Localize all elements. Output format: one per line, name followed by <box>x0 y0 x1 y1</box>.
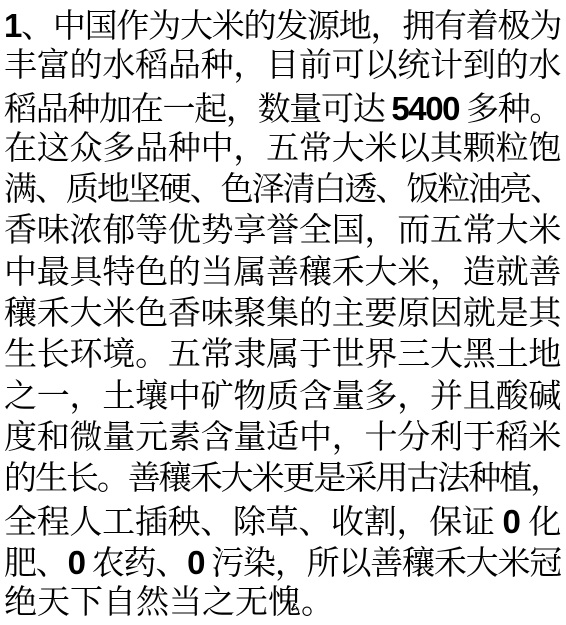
document-text: 1、中国作为大米的发源地，拥有着极为丰富的水稻品种，目前可以统计到的水稻品种加在… <box>0 0 566 624</box>
text-run: 中最具特色的当属善穰禾大米，造就善 <box>4 255 561 291</box>
text-run: 肥、 <box>4 546 68 582</box>
text-run: 在这众多品种中，五常大米以其颗粒饱 <box>4 131 561 167</box>
text-run: 污染，所以善穰禾大米冠 <box>204 546 561 582</box>
bold-number: 1 <box>4 7 21 44</box>
bold-number: 0 <box>187 544 204 581</box>
text-run: 多种。 <box>459 92 561 128</box>
text-line: 1、中国作为大米的发源地，拥有着极为 <box>4 5 561 46</box>
text-line: 全程人工插秧、除草、收割，保证 0 化 <box>4 501 561 542</box>
text-line: 满、质地坚硬、色泽清白透、饭粒油亮、 <box>4 170 561 211</box>
bold-number: 0 <box>68 544 85 581</box>
text-run: 化 <box>520 505 561 541</box>
text-run: 全程人工插秧、除草、收割，保证 <box>4 505 503 541</box>
text-line: 之一，土壤中矿物质含量多，并且酸碱 <box>4 377 561 418</box>
text-run: 、中国作为大米的发源地，拥有着极为 <box>21 9 561 45</box>
text-run: 绝天下自然当之无愧。 <box>4 585 334 621</box>
text-line: 绝天下自然当之无愧。 <box>4 583 561 624</box>
text-run: 香味浓郁等优势享誉全国，而五常大米 <box>4 213 561 249</box>
text-line: 穰禾大米色香味聚集的主要原因就是其 <box>4 294 561 335</box>
text-line: 中最具特色的当属善穰禾大米，造就善 <box>4 253 561 294</box>
bold-number: 0 <box>503 503 521 540</box>
bold-number: 5400 <box>391 90 459 127</box>
text-run: 稻品种加在一起，数量可达 <box>4 92 391 128</box>
page: { "document": { "colors": { "text": "#00… <box>0 0 566 625</box>
text-run: 生长环境。五常隶属于世界三大黑土地 <box>4 337 561 373</box>
text-line: 在这众多品种中，五常大米以其颗粒饱 <box>4 129 561 170</box>
text-line: 丰富的水稻品种，目前可以统计到的水 <box>4 46 561 87</box>
text-line: 生长环境。五常隶属于世界三大黑土地 <box>4 335 561 376</box>
text-line: 香味浓郁等优势享誉全国，而五常大米 <box>4 211 561 252</box>
text-line: 稻品种加在一起，数量可达 5400 多种。 <box>4 88 561 129</box>
text-line: 的生长。善穰禾大米更是采用古法种植， <box>4 459 561 500</box>
text-run: 的生长。善穰禾大米更是采用古法种植， <box>4 461 561 497</box>
text-run: 穰禾大米色香味聚集的主要原因就是其 <box>4 296 561 332</box>
text-run: 农药、 <box>85 546 187 582</box>
text-line: 度和微量元素含量适中，十分利于稻米 <box>4 418 561 459</box>
text-run: 度和微量元素含量适中，十分利于稻米 <box>4 420 561 456</box>
text-run: 丰富的水稻品种，目前可以统计到的水 <box>4 48 561 84</box>
text-run: 之一，土壤中矿物质含量多，并且酸碱 <box>4 379 561 415</box>
text-run: 满、质地坚硬、色泽清白透、饭粒油亮、 <box>4 172 561 208</box>
text-line: 肥、0 农药、0 污染，所以善穰禾大米冠 <box>4 542 561 583</box>
